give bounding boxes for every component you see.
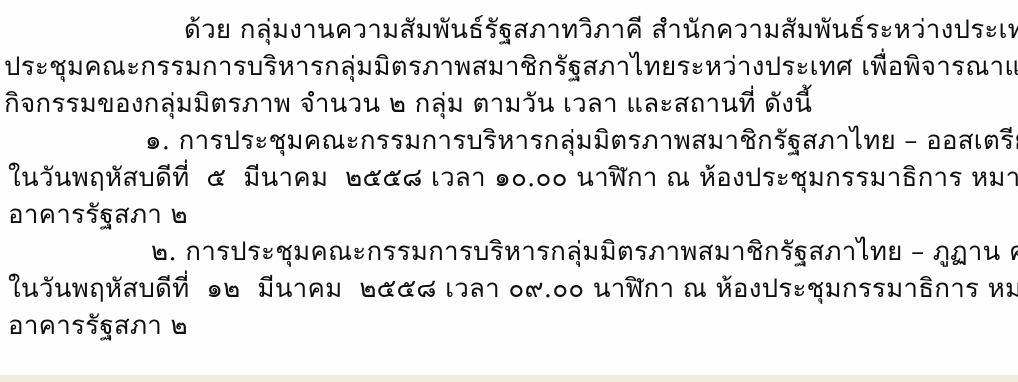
text-line-item2: ๒. การประชุมคณะกรรมการบริหารกลุ่มมิตรภาพ… xyxy=(0,234,1014,271)
text-line-intro: ด้วย กลุ่มงานความสัมพันธ์รัฐสภาทวิภาคี ส… xyxy=(0,12,1014,49)
text-line-item2-building: อาคารรัฐสภา ๒ xyxy=(0,308,1014,345)
text-line-intro-cont-2: กิจกรรมของกลุ่มมิตรภาพ จำนวน ๒ กลุ่ม ตาม… xyxy=(0,86,1014,123)
text-line-item1-building: อาคารรัฐสภา ๒ xyxy=(0,197,1014,234)
text-line-item2-datetime: ในวันพฤหัสบดีที่ ๑๒ มีนาคม ๒๕๕๘ เวลา ๐๙.… xyxy=(0,271,1014,308)
document-page: ด้วย กลุ่มงานความสัมพันธ์รัฐสภาทวิภาคี ส… xyxy=(0,0,1018,382)
memo-text-block: ด้วย กลุ่มงานความสัมพันธ์รัฐสภาทวิภาคี ส… xyxy=(0,12,1014,345)
text-line-item1-datetime: ในวันพฤหัสบดีที่ ๕ มีนาคม ๒๕๕๘ เวลา ๑๐.๐… xyxy=(0,160,1014,197)
bottom-edge-strip xyxy=(0,375,1018,382)
text-line-item1: ๑. การประชุมคณะกรรมการบริหารกลุ่มมิตรภาพ… xyxy=(0,123,1014,160)
text-line-intro-cont-1: ประชุมคณะกรรมการบริหารกลุ่มมิตรภาพสมาชิก… xyxy=(0,49,1014,86)
